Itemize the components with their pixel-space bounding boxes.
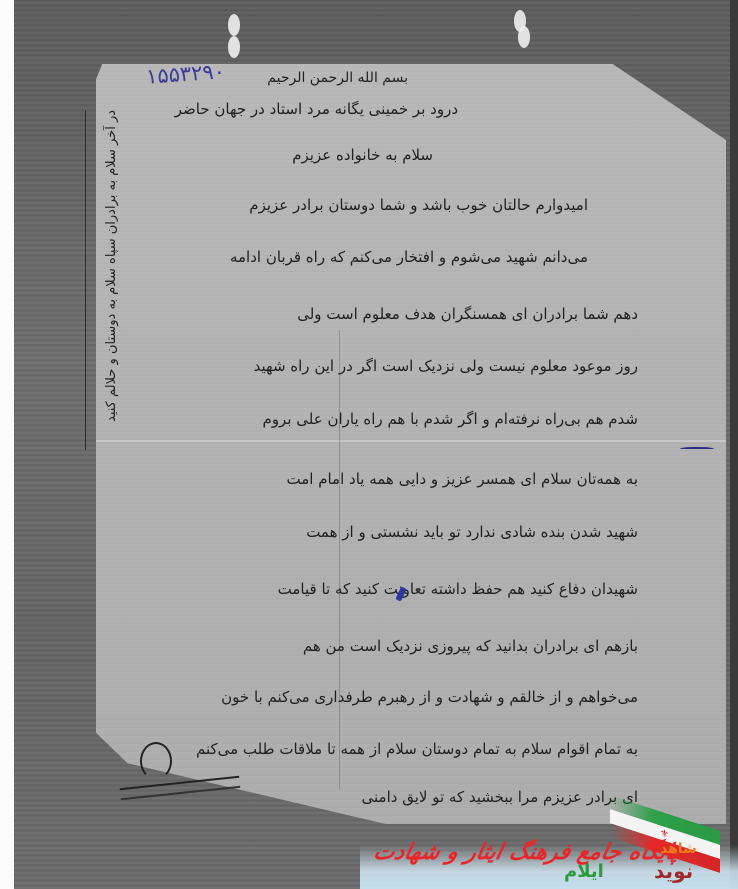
letter-line: می‌خواهم و از خالقم و شهادت و از رهبرم ط… — [221, 688, 638, 706]
glare-spot — [228, 36, 240, 58]
letter-line: می‌دانم شهید می‌شوم و افتخار می‌کنم که ر… — [230, 248, 588, 266]
letter-line: امیدوارم حالتان خوب باشد و شما دوستان بر… — [249, 196, 588, 214]
letter-line-basmala: بسم الله الرحمن الرحیم — [267, 70, 408, 86]
letter-line: دهم شما برادران ای همسنگران هدف معلوم اس… — [297, 305, 638, 323]
scan-border-right — [730, 0, 738, 889]
letter-line: ای برادر عزیزم مرا ببخشید که تو لایق دام… — [362, 788, 638, 806]
letter-line: به تمام اقوام سلام به تمام دوستان سلام ا… — [196, 740, 638, 758]
letter-line: شدم هم بی‌راه نرفته‌ام و اگر شدم با هم ر… — [263, 410, 638, 428]
letter-line: شهید شدن بنده شادی ندارد تو باید نشستی و… — [306, 523, 638, 541]
letter-line: درود بر خمینی یگانه مرد استاد در جهان حا… — [175, 100, 458, 118]
letter-line: سلام به خانواده عزیزم — [292, 146, 433, 164]
letter-line: شهیدان دفاع کنید هم حفظ داشته تعاونت کنی… — [278, 580, 638, 598]
watermark-logo-shahed: شاهد — [660, 841, 697, 857]
signature — [120, 768, 250, 808]
paper-fold-vertical — [339, 330, 340, 790]
margin-note: در آخر سلام به برادران سپاه سلام به دوست… — [104, 110, 144, 440]
letter-line: بازهم ای برادران بدانید که پیروزی نزدیک … — [303, 637, 638, 655]
scan-border-left — [0, 0, 14, 889]
watermark-province: ایلام — [564, 861, 604, 882]
glare-spot — [518, 26, 530, 48]
letter-line: به همه‌تان سلام ای همسر عزیز و دایی همه … — [287, 470, 639, 488]
letter-line: روز موعود معلوم نیست ولی نزدیک است اگر د… — [254, 357, 638, 375]
signature-scribble — [120, 776, 241, 800]
watermark-banner: ⚜ پایگاه جامع فرهنگ ایثار و شهادت ایلام … — [360, 805, 738, 889]
watermark-logo-navid: نوید — [654, 859, 693, 883]
glare-spot — [228, 14, 240, 36]
paper-fold-horizontal — [96, 440, 726, 442]
letter-paper — [96, 64, 726, 824]
margin-rule — [85, 110, 86, 450]
blue-ink-mark — [680, 447, 714, 452]
watermark-title: پایگاه جامع فرهنگ ایثار و شهادت — [371, 839, 681, 865]
